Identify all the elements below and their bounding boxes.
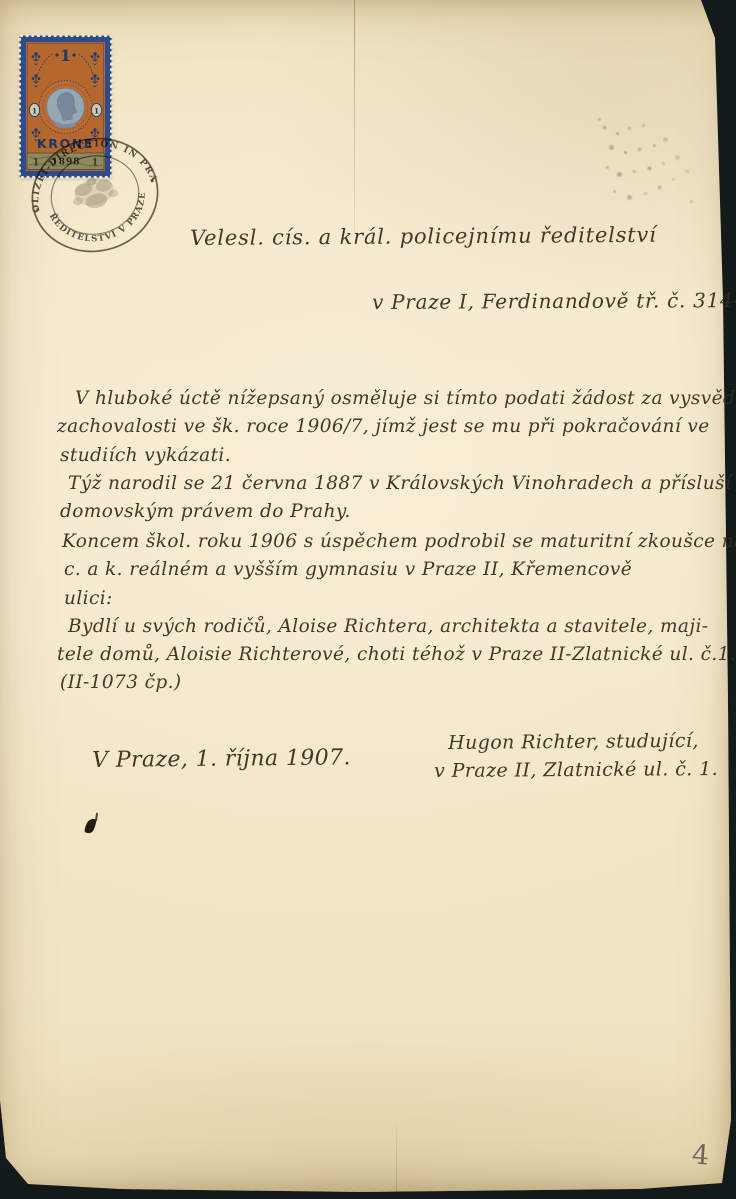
body-line: zachovalosti ve šk. roce 1906/7, jímž je…	[57, 416, 710, 437]
signature-name: Hugon Richter, studující,	[448, 730, 699, 754]
address-line-1: Velesl. cís. a král. policejnímu ředitel…	[190, 223, 657, 250]
body-line: V hluboké úctě nížepsaný osměluje si tím…	[75, 388, 736, 409]
stamp-top-value: 1	[60, 46, 71, 65]
side-value-left: 1	[32, 107, 37, 116]
page-background: { "colors": { "background": "#121b19", "…	[0, 0, 736, 1199]
body-line: Týž narodil se 21 června 1887 v Královsk…	[68, 473, 731, 494]
body-line: ulici:	[64, 588, 113, 609]
dot-left	[55, 53, 58, 56]
dateline: V Praze, 1. října 1907.	[92, 745, 351, 773]
body-line: Koncem škol. roku 1906 s úspěchem podrob…	[62, 531, 736, 552]
page-number: 4	[691, 1139, 710, 1171]
dot-right	[72, 53, 75, 56]
body-line: c. a k. reálném a vyšším gymnasiu v Praz…	[64, 559, 632, 580]
body-line: (II-1073 čp.)	[60, 672, 182, 693]
body-line: tele domů, Aloisie Richterové, choti téh…	[57, 644, 736, 665]
signature-address: v Praze II, Zlatnické ul. č. 1.	[434, 758, 718, 782]
eagle-emblem	[68, 172, 120, 213]
body-line: Bydlí u svých rodičů, Aloise Richtera, a…	[68, 616, 708, 637]
address-line-2: v Praze I, Ferdinandově tř. č. 314-I.!	[372, 288, 736, 314]
body-line: domovským právem do Prahy.	[60, 501, 351, 522]
body-line: studiích vykázati.	[60, 445, 231, 466]
side-value-right: 1	[94, 107, 99, 116]
ink-smudge-cluster	[598, 118, 601, 121]
